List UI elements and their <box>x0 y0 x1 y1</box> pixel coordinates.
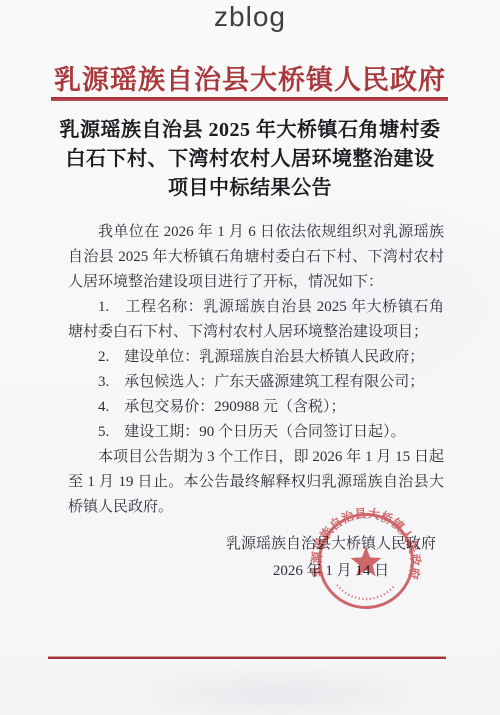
scanned-document-page: zblog 乳源瑶族自治县大桥镇人民政府 乳源瑶族自治县 2025 年大桥镇石角… <box>0 0 500 715</box>
site-watermark: zblog <box>0 1 500 33</box>
intro-paragraph: 我单位在 2026 年 1 月 6 日依法依规组织对乳源瑶族自治县 2025 年… <box>68 220 444 295</box>
document-title-line: 乳源瑶族自治县 2025 年大桥镇石角塘村委 <box>38 116 462 145</box>
seal-bottom-microtext <box>337 585 395 599</box>
signature-org: 乳源瑶族自治县大桥镇人民政府 <box>226 531 436 558</box>
footer-double-rule <box>48 656 446 659</box>
list-item: 3. 承包候选人：广东天盛源建筑工程有限公司； <box>68 370 444 395</box>
list-item: 5. 建设工期：90 个日历天（合同签订日起）。 <box>68 420 444 445</box>
document-body: 我单位在 2026 年 1 月 6 日依法依规组织对乳源瑶族自治县 2025 年… <box>68 220 444 520</box>
document-title-line: 项目中标结果公告 <box>38 174 462 203</box>
document-title-line: 白石下村、下湾村农村人居环境整治建设 <box>38 145 462 174</box>
list-item: 4. 承包交易价：290988 元（含税）； <box>68 395 444 420</box>
closing-paragraph: 本项目公告期为 3 个工作日，即 2026 年 1 月 15 日起至 1 月 1… <box>68 445 444 520</box>
letterhead-org-name: 乳源瑶族自治县大桥镇人民政府 <box>0 58 500 97</box>
signature-date: 2026 年 1 月 14 日 <box>226 558 436 585</box>
list-item: 1. 工程名称：乳源瑶族自治县 2025 年大桥镇石角塘村委白石下村、下湾村农村… <box>68 295 444 345</box>
list-item: 2. 建设单位：乳源瑶族自治县大桥镇人民政府； <box>68 345 444 370</box>
signature-block: 乳源瑶族自治县大桥镇人民政府 2026 年 1 月 14 日 <box>226 531 436 585</box>
document-title: 乳源瑶族自治县 2025 年大桥镇石角塘村委 白石下村、下湾村农村人居环境整治建… <box>38 116 462 203</box>
letterhead-double-rule <box>51 97 448 101</box>
